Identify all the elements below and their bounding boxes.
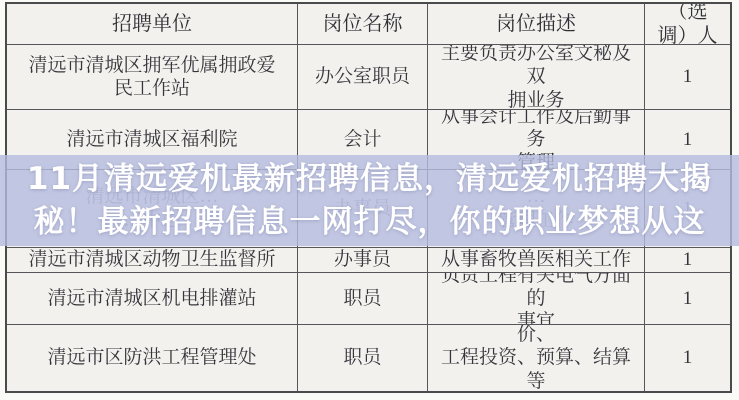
table-row: 清远市区防洪工程管理处 职员 负责工程有关工程造价、 工程投资、预算、结算等 方…: [7, 325, 730, 391]
table-row: 清远市清城区机电排灌站 职员 负责工程有关电气方面的 事宜 1: [7, 273, 730, 325]
position-cell: 职员: [298, 273, 428, 325]
count-cell: 1: [645, 248, 730, 273]
count-cell: 1: [645, 273, 730, 325]
unit-cell: 清远市区防洪工程管理处: [7, 325, 298, 391]
table-row: 清远市清城区拥军优属拥政爱 民工作站 办公室职员 主要负责办公室文秘及双 拥业务…: [7, 45, 730, 110]
description-cell: 负责工程有关工程造价、 工程投资、预算、结算等 方面的事宜: [428, 325, 645, 391]
position-cell: 办公室职员: [298, 45, 428, 110]
description-cell: 主要负责办公室文秘及双 拥业务: [428, 45, 645, 110]
description-cell: 负责工程有关电气方面的 事宜: [428, 273, 645, 325]
unit-cell: 清远市清城区机电排灌站: [7, 273, 298, 325]
header-position-description: 岗位描述: [428, 4, 645, 45]
count-cell: 1: [645, 325, 730, 391]
table-header-row: 招聘单位 岗位名称 岗位描述 招聘（选 调）人数: [7, 4, 730, 45]
header-recruiting-unit: 招聘单位: [7, 4, 298, 45]
headline-line-1: 11月清远爱机最新招聘信息，清远爱机招聘大揭: [27, 158, 712, 201]
position-cell: 职员: [298, 325, 428, 391]
unit-cell: 清远市清城区拥军优属拥政爱 民工作站: [7, 45, 298, 110]
header-recruit-count: 招聘（选 调）人数: [645, 4, 730, 45]
header-position-name: 岗位名称: [298, 4, 428, 45]
headline-line-2: 秘！最新招聘信息一网打尽，你的职业梦想从这: [34, 201, 706, 244]
position-cell: 办事员: [298, 248, 428, 273]
count-cell: 1: [645, 45, 730, 110]
table-row: 清远市清城区动物卫生监督所 办事员 从事畜牧兽医相关工作 1: [7, 248, 730, 273]
headline-overlay-banner: 11月清远爱机最新招聘信息，清远爱机招聘大揭 秘！最新招聘信息一网打尽，你的职业…: [0, 155, 739, 246]
description-cell: 从事畜牧兽医相关工作: [428, 248, 645, 273]
unit-cell: 清远市清城区动物卫生监督所: [7, 248, 298, 273]
